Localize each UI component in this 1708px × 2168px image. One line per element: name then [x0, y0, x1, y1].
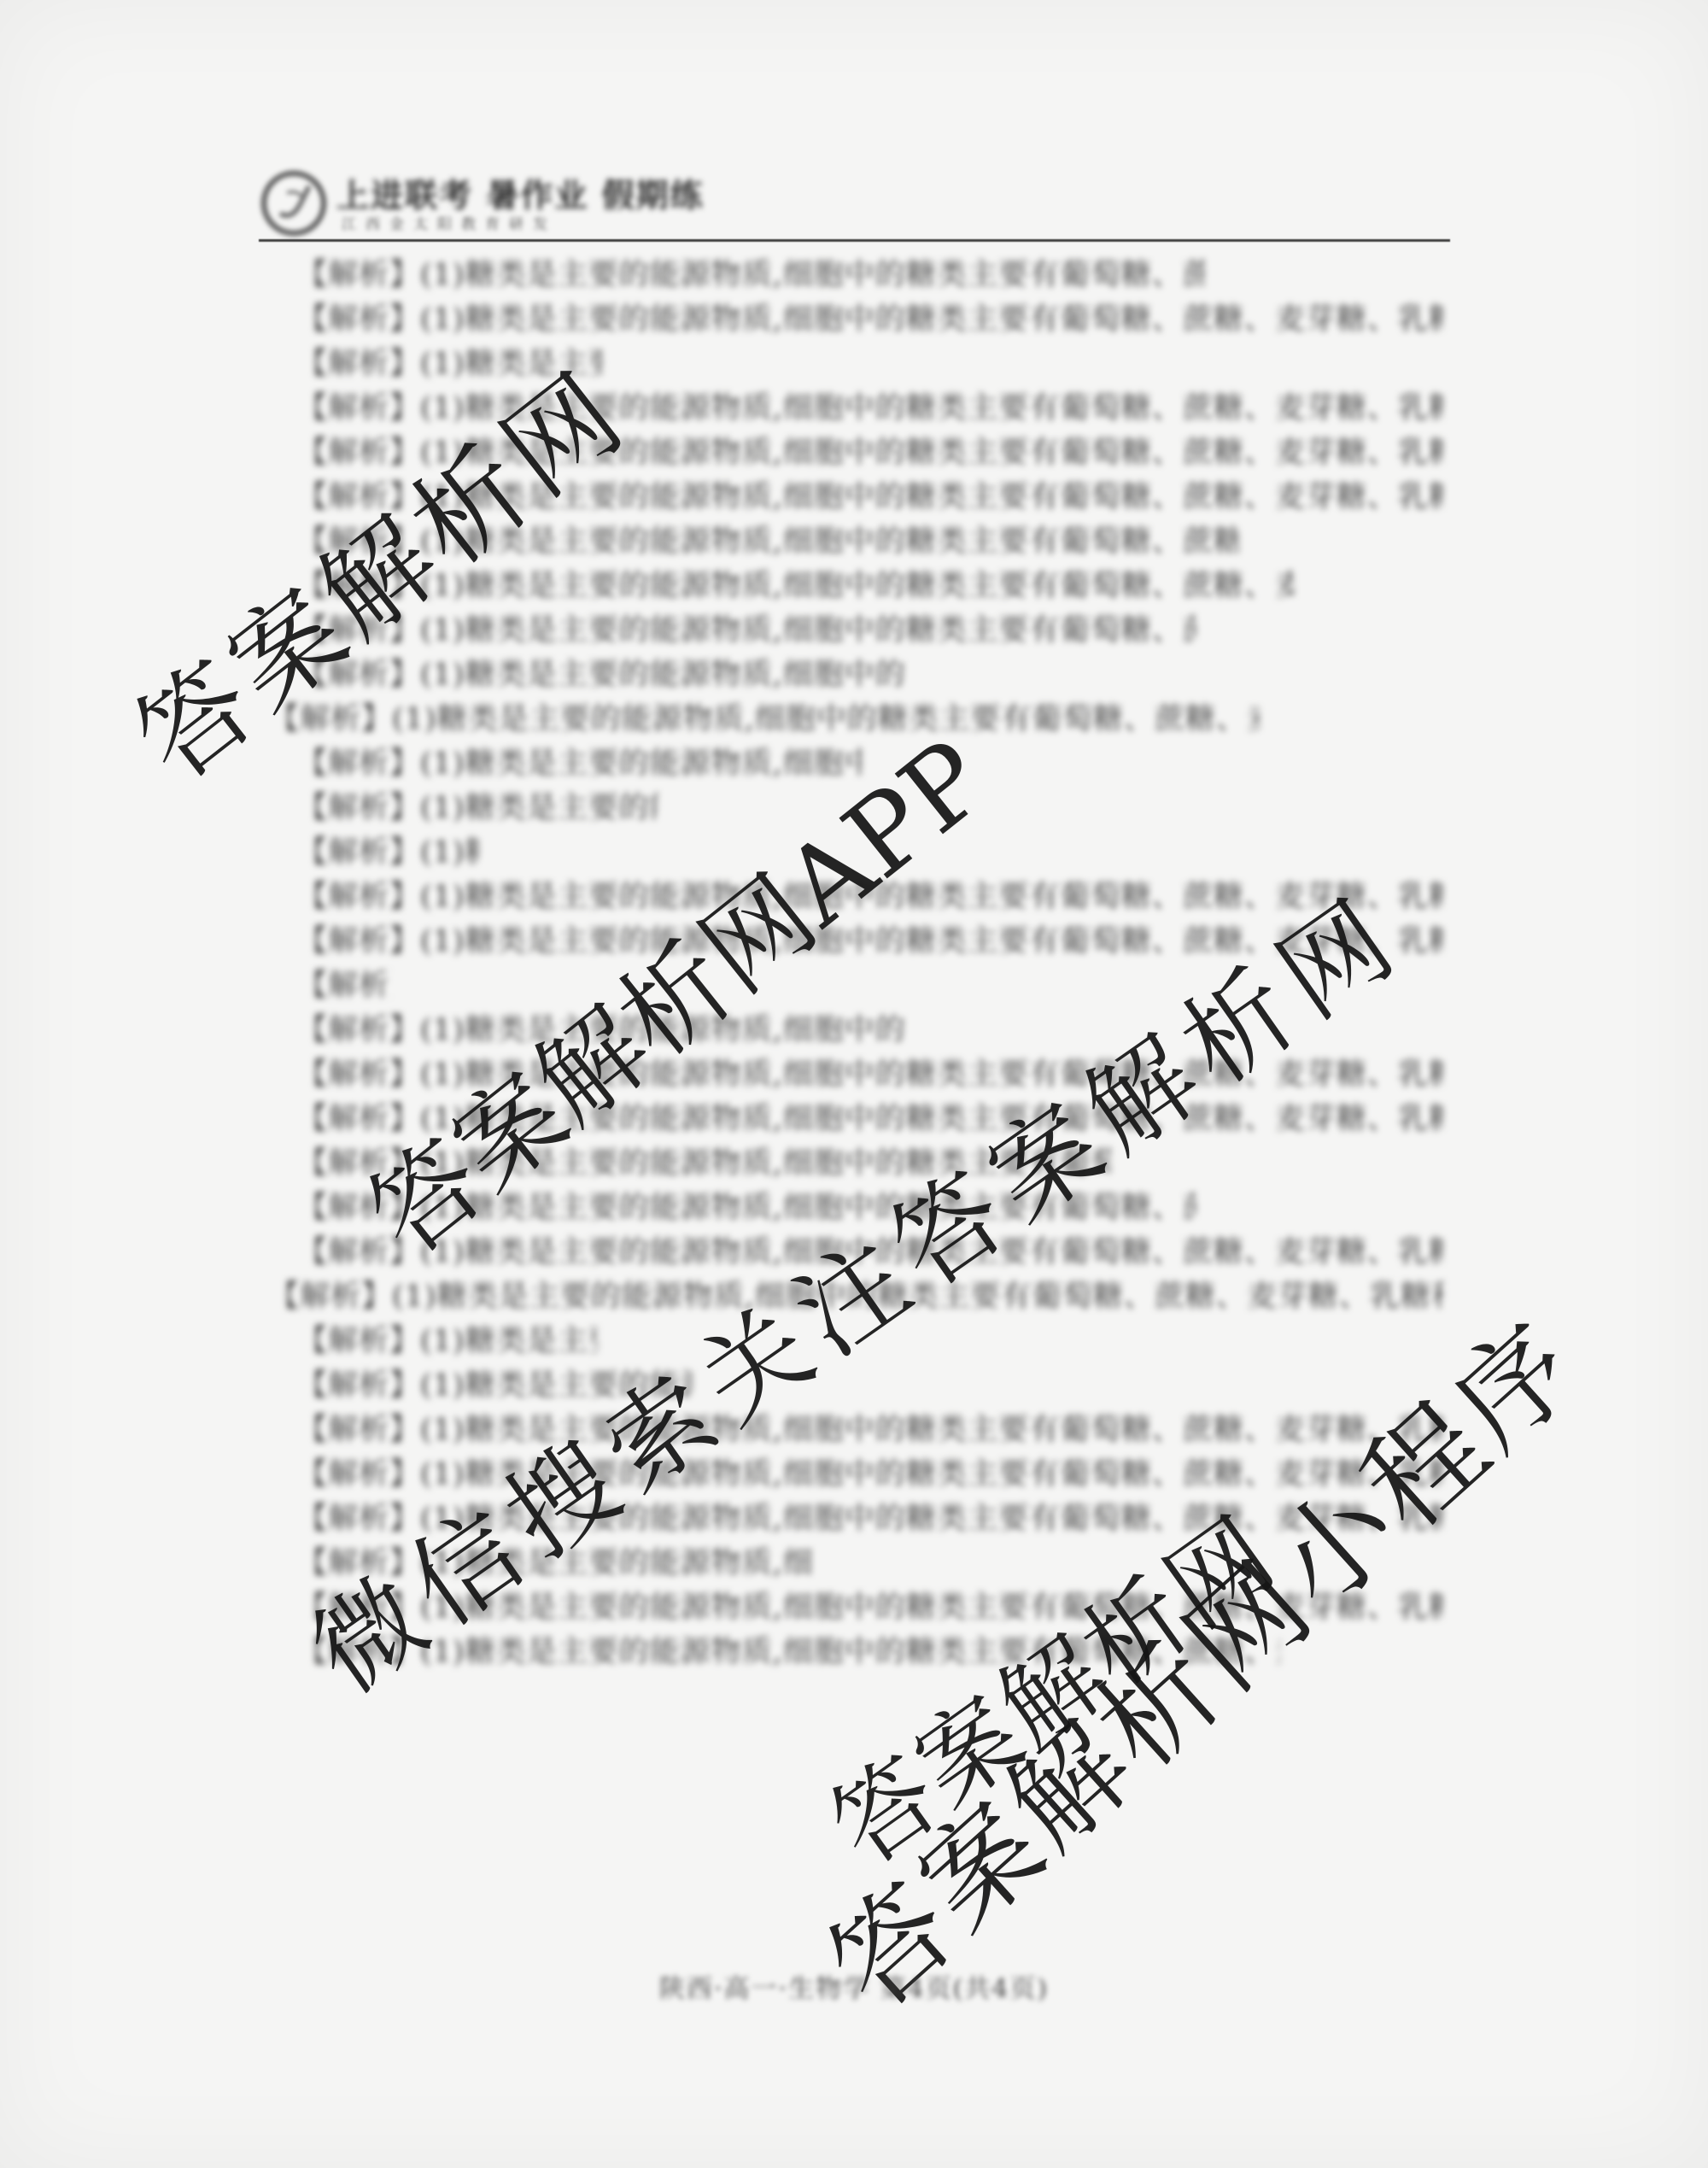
header-divider [259, 239, 1450, 242]
blurred-text-line: 【解析】(1)糖类是主要的能源物质,细胞中的糖类主要有葡萄糖、蔗糖、麦芽糖、乳糖… [297, 788, 658, 828]
blurred-text-line: 【解析】(1)糖类是主要的能源物质,细胞中的糖类主要有葡萄糖、蔗糖、麦芽糖、乳糖… [297, 1410, 1443, 1450]
scanned-document-page: 上进联考 暑作业 假期练 江西金太阳教育研发 【解析】(1)糖类是主要的能源物质… [0, 0, 1708, 2168]
blurred-text-line: 【解析】(1)糖类是主要的能源物质,细胞中的糖类主要有葡萄糖、蔗糖、麦芽糖、乳糖… [297, 655, 905, 694]
blurred-text-line: 【解析】(1)糖类是主要的能源物质,细胞中的糖类主要有葡萄糖、蔗糖、麦芽糖、乳糖… [297, 255, 1204, 295]
publisher-logo-icon [258, 167, 330, 239]
blurred-text-line: 【解析】(1)糖类是主要的能源物质,细胞中的糖类主要有葡萄糖、蔗糖、麦芽糖、乳糖… [297, 966, 391, 1005]
blurred-text-line: 【解析】(1)糖类是主要的能源物质,细胞中的糖类主要有葡萄糖、蔗糖、麦芽糖、乳糖… [297, 300, 1443, 339]
blurred-text-line: 【解析】(1)糖类是主要的能源物质,细胞中的糖类主要有葡萄糖、蔗糖、麦芽糖、乳糖… [297, 744, 863, 783]
page-footer-blurred: 陕西·高一·生物学 第4页(共4页) [659, 1967, 1049, 2005]
blurred-text-line: 【解析】(1)糖类是主要的能源物质,细胞中的糖类主要有葡萄糖、蔗糖、麦芽糖、乳糖… [297, 833, 478, 872]
publisher-subtitle-blurred: 江西金太阳教育研发 [342, 212, 557, 233]
publisher-title-blurred: 上进联考 暑作业 假期练 [336, 169, 704, 216]
blurred-text-line: 【解析】(1)糖类是主要的能源物质,细胞中的糖类主要有葡萄糖、蔗糖、麦芽糖、乳糖… [297, 1321, 598, 1361]
blurred-text-line: 【解析】(1)糖类是主要的能源物质,细胞中的糖类主要有葡萄糖、蔗糖、麦芽糖、乳糖… [269, 700, 1260, 739]
